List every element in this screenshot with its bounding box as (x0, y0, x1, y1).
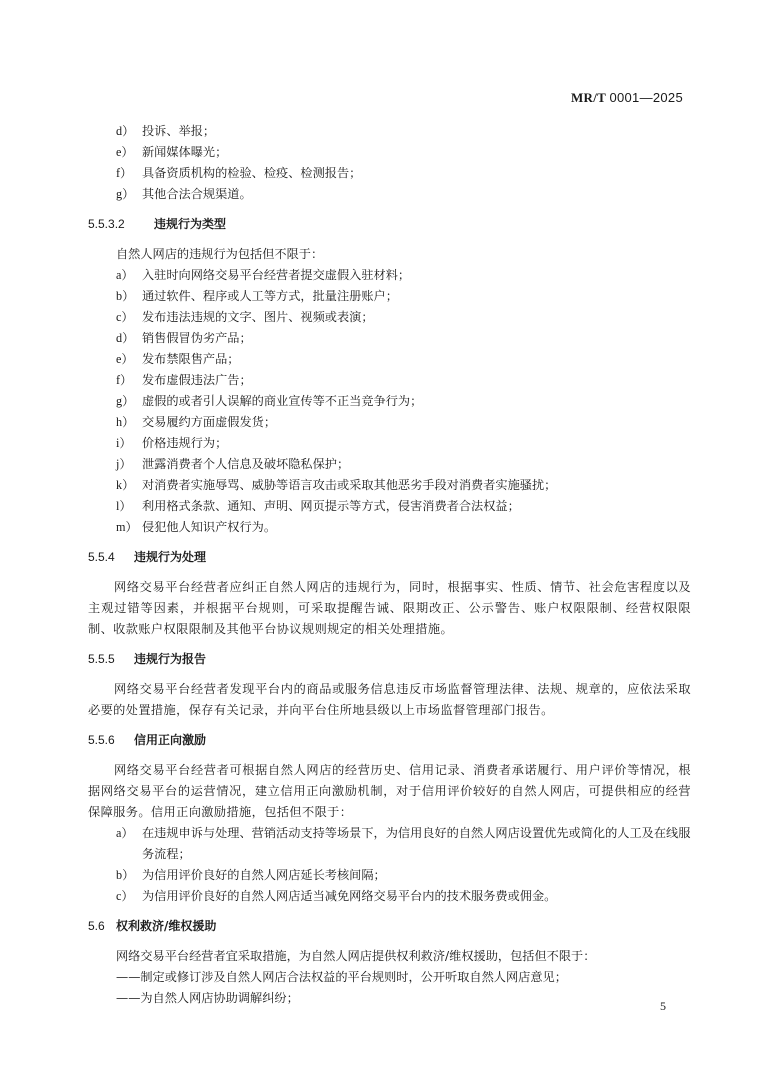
section-number: 5.6 (88, 916, 116, 937)
list-item: b）为信用评价良好的自然人网店延长考核间隔； (88, 865, 691, 886)
standard-code: MR/T 0001—2025 (571, 90, 683, 106)
section-lead: 自然人网店的违规行为包括但不限于： (88, 244, 691, 265)
list-item: a）入驻时向网络交易平台经营者提交虚假入驻材料； (88, 265, 691, 286)
incentive-measures-list: a）在违规申诉与处理、营销活动支持等场景下，为信用良好的自然人网店设置优先或简化… (88, 823, 691, 907)
section-number: 5.5.5 (88, 649, 134, 670)
list-item: h）交易履约方面虚假发货； (88, 412, 691, 433)
list-item: j）泄露消费者个人信息及破坏隐私保护； (88, 454, 691, 475)
list-item: e）新闻媒体曝光； (88, 142, 691, 163)
list-item: k）对消费者实施辱骂、威胁等语言攻击或采取其他恶劣手段对消费者实施骚扰； (88, 475, 691, 496)
section-number: 5.5.6 (88, 730, 134, 751)
list-item: g）其他合法合规渠道。 (88, 184, 691, 205)
standard-prefix: MR/T (571, 90, 606, 105)
section-title: 权利救济/维权援助 (116, 919, 216, 933)
section-number: 5.5.3.2 (88, 214, 154, 235)
dash-item: ——为自然人网店协助调解纠纷； (88, 988, 691, 1009)
list-item: c）发布违法违规的文字、图片、视频或表演； (88, 307, 691, 328)
section-title: 违规行为报告 (134, 652, 206, 666)
section-title: 信用正向激励 (134, 733, 206, 747)
document-body: d）投诉、举报； e）新闻媒体曝光； f）具备资质机构的检验、检疫、检测报告； … (88, 121, 691, 1009)
section-heading-5-6: 5.6权利救济/维权援助 (88, 916, 691, 937)
section-heading-5-5-3-2: 5.5.3.2违规行为类型 (88, 214, 691, 235)
section-heading-5-5-4: 5.5.4违规行为处理 (88, 547, 691, 568)
list-item: b）通过软件、程序或人工等方式，批量注册账户； (88, 286, 691, 307)
section-title: 违规行为处理 (134, 550, 206, 564)
list-item: e）发布禁限售产品； (88, 349, 691, 370)
standard-number: 0001—2025 (609, 90, 683, 105)
list-item: d）投诉、举报； (88, 121, 691, 142)
section-lead: 网络交易平台经营者宜采取措施，为自然人网店提供权利救济/维权援助，包括但不限于： (88, 946, 691, 967)
section-paragraph: 网络交易平台经营者发现平台内的商品或服务信息违反市场监督管理法律、法规、规章的，… (88, 679, 691, 721)
list-item: c）为信用评价良好的自然人网店适当减免网络交易平台内的技术服务费或佣金。 (88, 886, 691, 907)
dash-item: ——制定或修订涉及自然人网店合法权益的平台规则时，公开听取自然人网店意见； (88, 967, 691, 988)
list-item: g）虚假的或者引人误解的商业宣传等不正当竞争行为； (88, 391, 691, 412)
section-paragraph: 网络交易平台经营者可根据自然人网店的经营历史、信用记录、消费者承诺履行、用户评价… (88, 760, 691, 823)
page-number: 5 (660, 999, 666, 1014)
list-item: d）销售假冒伪劣产品； (88, 328, 691, 349)
section-heading-5-5-6: 5.5.6信用正向激励 (88, 730, 691, 751)
list-item: i）价格违规行为； (88, 433, 691, 454)
section-title: 违规行为类型 (154, 217, 226, 231)
list-item: l）利用格式条款、通知、声明、网页提示等方式，侵害消费者合法权益； (88, 496, 691, 517)
intro-list: d）投诉、举报； e）新闻媒体曝光； f）具备资质机构的检验、检疫、检测报告； … (88, 121, 691, 205)
violation-types-list: a）入驻时向网络交易平台经营者提交虚假入驻材料； b）通过软件、程序或人工等方式… (88, 265, 691, 538)
list-item: f）具备资质机构的检验、检疫、检测报告； (88, 163, 691, 184)
section-heading-5-5-5: 5.5.5违规行为报告 (88, 649, 691, 670)
section-number: 5.5.4 (88, 547, 134, 568)
list-item: f）发布虚假违法广告； (88, 370, 691, 391)
document-page: MR/T 0001—2025 d）投诉、举报； e）新闻媒体曝光； f）具备资质… (0, 0, 765, 1087)
list-item: a）在违规申诉与处理、营销活动支持等场景下，为信用良好的自然人网店设置优先或简化… (88, 823, 691, 865)
section-paragraph: 网络交易平台经营者应纠正自然人网店的违规行为，同时，根据事实、性质、情节、社会危… (88, 577, 691, 640)
list-item: m）侵犯他人知识产权行为。 (88, 517, 691, 538)
